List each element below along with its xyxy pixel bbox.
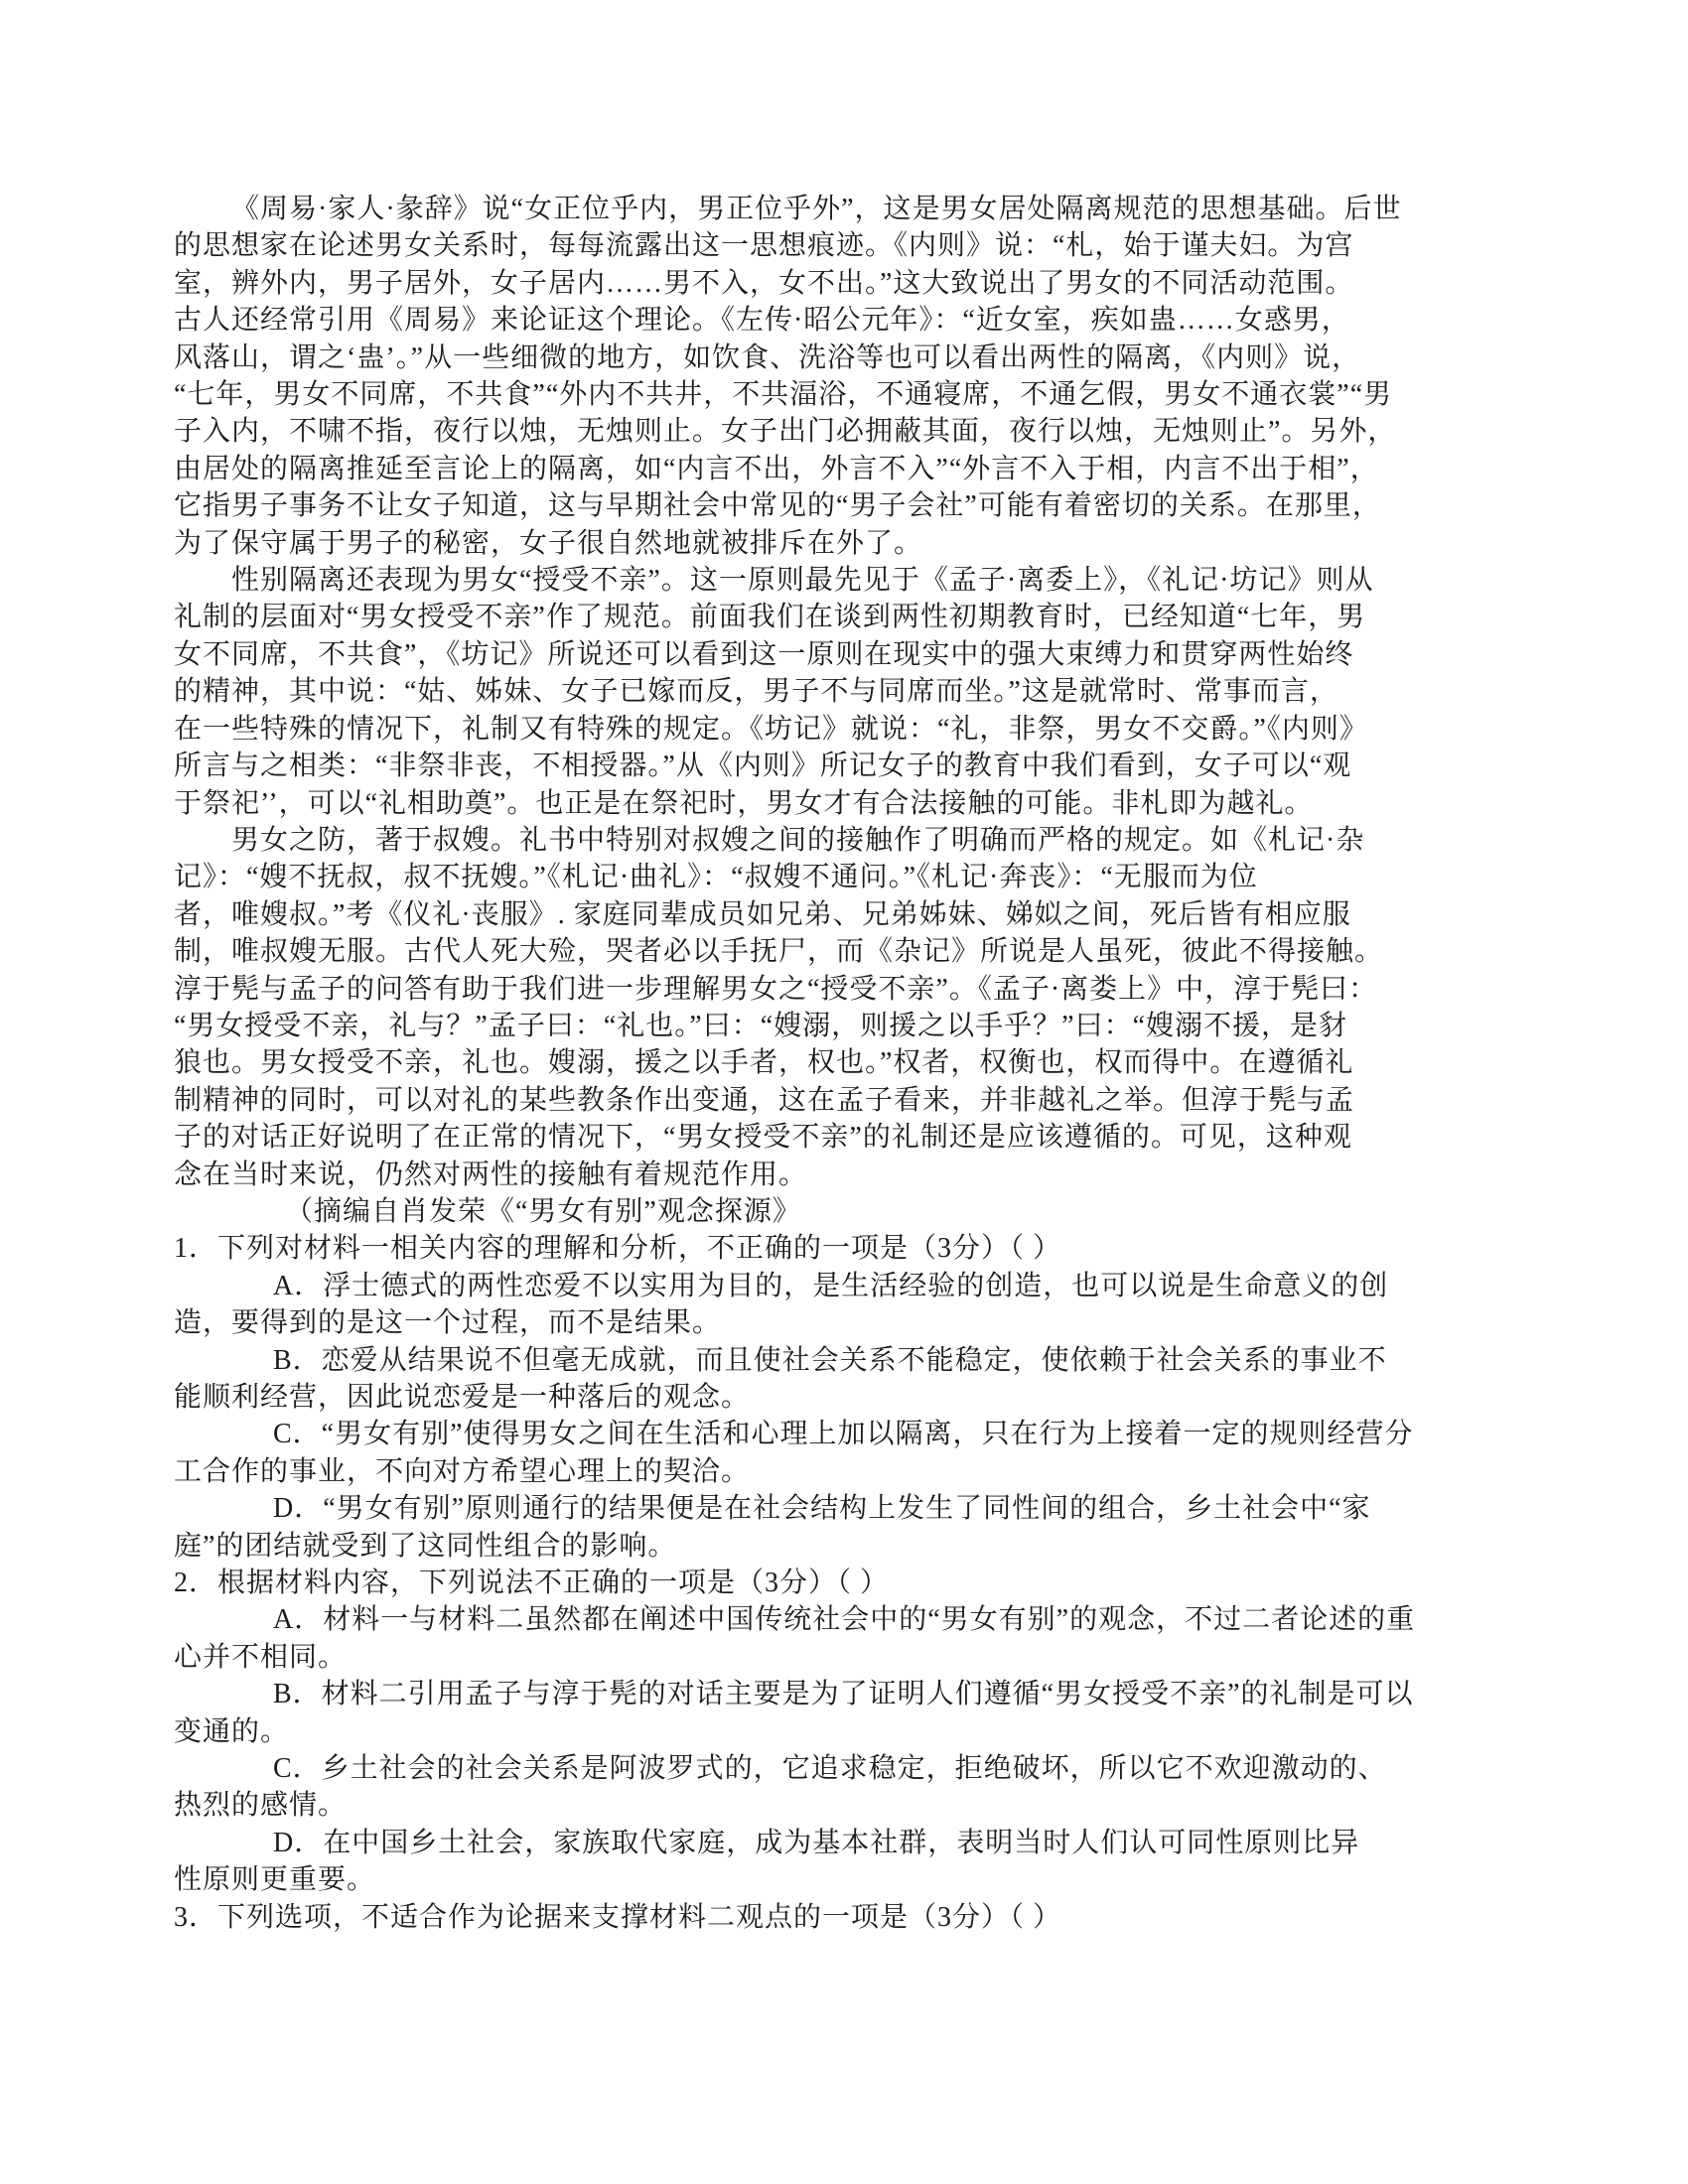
text-line: 制精神的同时，可以对礼的某些教条作出变通，这在孟子看来，并非越礼之举。但淳于髡与… [174,1082,1465,1119]
document-page: 《周易·家人·彖辞》说“女正位乎内，男正位乎外”，这是男女居处隔离规范的思想基础… [0,0,1688,2184]
text-line: （摘编自肖发荣《“男女有别”观念探源》 [174,1193,1465,1230]
text-line: 风落山，谓之‘蛊’。”从一些细微的地方，如饮食、洗浴等也可以看出两性的隔离，《内… [174,340,1465,376]
text-line: 2．根据材料内容，下列说法不正确的一项是（3分）（ ） [174,1565,1465,1601]
text-line: 子的对话正好说明了在正常的情况下，“男女授受不亲”的礼制还是应该遵循的。可见，这… [174,1119,1465,1156]
text-line: 记》：“嫂不抚叔，叔不抚嫂。”《札记·曲礼》：“叔嫂不通问。”《札记·奔丧》：“… [174,859,1465,895]
text-line: “七年，男女不同席，不共食”“外内不共井，不共湢浴，不通寝席，不通乞假，男女不通… [174,376,1465,413]
text-line: 《周易·家人·彖辞》说“女正位乎内，男正位乎外”，这是男女居处隔离规范的思想基础… [174,191,1465,227]
text-line: 制，唯叔嫂无服。古代人死大殓，哭者必以手抚尸，而《杂记》所说是人虽死，彼此不得接… [174,933,1465,970]
text-line: 1．下列对材料一相关内容的理解和分析，不正确的一项是（3分）（ ） [174,1230,1465,1267]
text-line: 能顺利经营，因此说恋爱是一种落后的观念。 [174,1379,1465,1416]
text-line: D．“男女有别”原则通行的结果便是在社会结构上发生了同性间的组合，乡土社会中“家 [174,1490,1465,1527]
text-line: 所言与之相类：“非祭非丧，不相授器。”从《内则》所记女子的教育中我们看到，女子可… [174,748,1465,784]
text-line: 古人还经常引用《周易》来论证这个理论。《左传·昭公元年》：“近女室，疾如蛊……女… [174,302,1465,339]
text-line: 子入内，不啸不指，夜行以烛，无烛则止。女子出门必拥蔽其面，夜行以烛，无烛则止”。… [174,413,1465,450]
text-line: C．乡土社会的社会关系是阿波罗式的，它追求稳定，拒绝破坏，所以它不欢迎激动的、 [174,1750,1465,1787]
text-line: 室，辨外内，男子居外，女子居内……男不入，女不出。”这大致说出了男女的不同活动范… [174,265,1465,302]
text-line: 热烈的感情。 [174,1787,1465,1824]
text-line: 它指男子事务不让女子知道，这与早期社会中常见的“男子会社”可能有着密切的关系。在… [174,487,1465,524]
text-line: 变通的。 [174,1713,1465,1750]
text-line: A．材料一与材料二虽然都在阐述中国传统社会中的“男女有别”的观念，不过二者论述的… [174,1601,1465,1638]
text-line: A．浮士德式的两性恋爱不以实用为目的，是生活经验的创造，也可以说是生命意义的创 [174,1268,1465,1304]
text-line: 庭”的团结就受到了这同性组合的影响。 [174,1528,1465,1565]
text-line: 在一些特殊的情况下，礼制又有特殊的规定。《坊记》就说：“礼，非祭，男女不交爵。”… [174,711,1465,748]
text-line: 造，要得到的是这一个过程，而不是结果。 [174,1304,1465,1341]
text-lines: 《周易·家人·彖辞》说“女正位乎内，男正位乎外”，这是男女居处隔离规范的思想基础… [174,191,1465,1936]
text-line: 3．下列选项，不适合作为论据来支撑材料二观点的一项是（3分）（ ） [174,1899,1465,1936]
text-line: 于祭祀’’，可以“礼相助奠”。也正是在祭祀时，男女才有合法接触的可能。非札即为越… [174,785,1465,822]
text-line: 狼也。男女授受不亲，礼也。嫂溺，援之以手者，权也。”权者，权衡也，权而得中。在遵… [174,1044,1465,1081]
text-line: 为了保守属于男子的秘密，女子很自然地就被排斥在外了。 [174,525,1465,562]
text-line: 心并不相同。 [174,1639,1465,1676]
text-line: 的思想家在论述男女关系时，每每流露出这一思想痕迹。《内则》说：“札，始于谨夫妇。… [174,227,1465,264]
text-line: 者，唯嫂叔。”考《仪礼·丧服》. 家庭同辈成员如兄弟、兄弟姊妹、娣姒之间，死后皆… [174,896,1465,933]
text-line: 念在当时来说，仍然对两性的接触有着规范作用。 [174,1157,1465,1193]
text-line: 女不同席，不共食”，《坊记》所说还可以看到这一原则在现实中的强大束缚力和贯穿两性… [174,636,1465,673]
text-line: 性别隔离还表现为男女“授受不亲”。这一原则最先见于《孟子·离委上》，《礼记·坊记… [174,562,1465,599]
text-line: “男女授受不亲，礼与？”孟子曰：“礼也。”曰：“嫂溺，则援之以手乎？”曰：“嫂溺… [174,1008,1465,1044]
text-line: B．恋爱从结果说不但毫无成就，而且使社会关系不能稳定，使依赖于社会关系的事业不 [174,1342,1465,1379]
text-line: C．“男女有别”使得男女之间在生活和心理上加以隔离，只在行为上接着一定的规则经营… [174,1416,1465,1452]
text-line: 礼制的层面对“男女授受不亲”作了规范。前面我们在谈到两性初期教育时，已经知道“七… [174,599,1465,635]
text-line: 性原则更重要。 [174,1861,1465,1898]
text-line: 男女之防，著于叔嫂。礼书中特别对叔嫂之间的接触作了明确而严格的规定。如《札记·杂 [174,822,1465,859]
text-line: B．材料二引用孟子与淳于髡的对话主要是为了证明人们遵循“男女授受不亲”的礼制是可… [174,1676,1465,1712]
text-line: D．在中国乡土社会，家族取代家庭，成为基本社群，表明当时人们认可同性原则比异 [174,1825,1465,1861]
text-line: 淳于髡与孟子的问答有助于我们进一步理解男女之“授受不亲”。《孟子·离娄上》中，淳… [174,971,1465,1008]
text-line: 的精神，其中说：“姑、姊妹、女子已嫁而反，男子不与同席而坐。”这是就常时、常事而… [174,673,1465,710]
text-line: 工合作的事业，不向对方希望心理上的契洽。 [174,1453,1465,1490]
text-line: 由居处的隔离推延至言论上的隔离，如“内言不出，外言不入”“外言不入于相，内言不出… [174,451,1465,487]
